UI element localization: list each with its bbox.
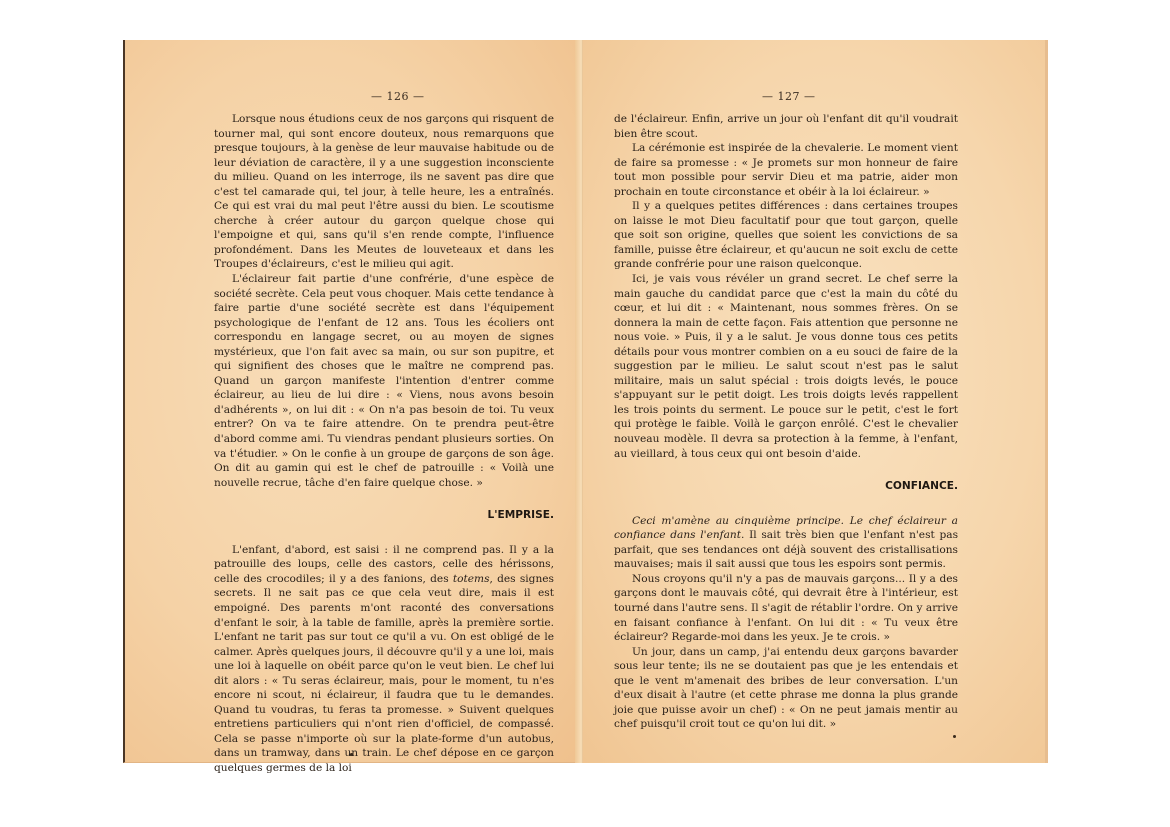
paragraph: L'enfant, d'abord, est saisi : il ne com… <box>214 543 554 776</box>
page-number: — 126 — <box>371 90 425 103</box>
left-page: — 126 — Lorsque nous étudions ceux de no… <box>123 40 583 763</box>
section-heading: L'EMPRISE. <box>214 508 554 523</box>
paragraph: Il y a quelques petites différences : da… <box>614 199 958 272</box>
paper-speck <box>953 735 956 738</box>
continuation-paragraph: de l'éclaireur. Enfin, arrive un jour où… <box>614 112 958 141</box>
text-run: , des signes secrets. Il ne sait pas ce … <box>214 573 554 774</box>
right-page: — 127 — de l'éclaireur. Enfin, arrive un… <box>583 40 1048 763</box>
paragraph: Nous croyons qu'il n'y a pas de mauvais … <box>614 572 958 645</box>
paper-speck <box>350 753 353 756</box>
paragraph: L'éclaireur fait partie d'une confrérie,… <box>214 272 554 490</box>
book-spread: — 126 — Lorsque nous étudions ceux de no… <box>123 40 1048 763</box>
paragraph: La cérémonie est inspirée de la chevaler… <box>614 141 958 199</box>
italic-term: totems <box>453 573 490 585</box>
section-heading: CONFIANCE. <box>614 479 958 494</box>
right-page-text: de l'éclaireur. Enfin, arrive un jour où… <box>614 112 958 732</box>
left-page-text: Lorsque nous étudions ceux de nos garçon… <box>214 112 554 776</box>
paragraph: Lorsque nous étudions ceux de nos garçon… <box>214 112 554 272</box>
page-number: — 127 — <box>762 90 816 103</box>
paragraph: Un jour, dans un camp, j'ai entendu deux… <box>614 645 958 732</box>
paragraph: Ici, je vais vous révéler un grand secre… <box>614 272 958 461</box>
paragraph: Ceci m'amène au cinquième principe. Le c… <box>614 514 958 572</box>
